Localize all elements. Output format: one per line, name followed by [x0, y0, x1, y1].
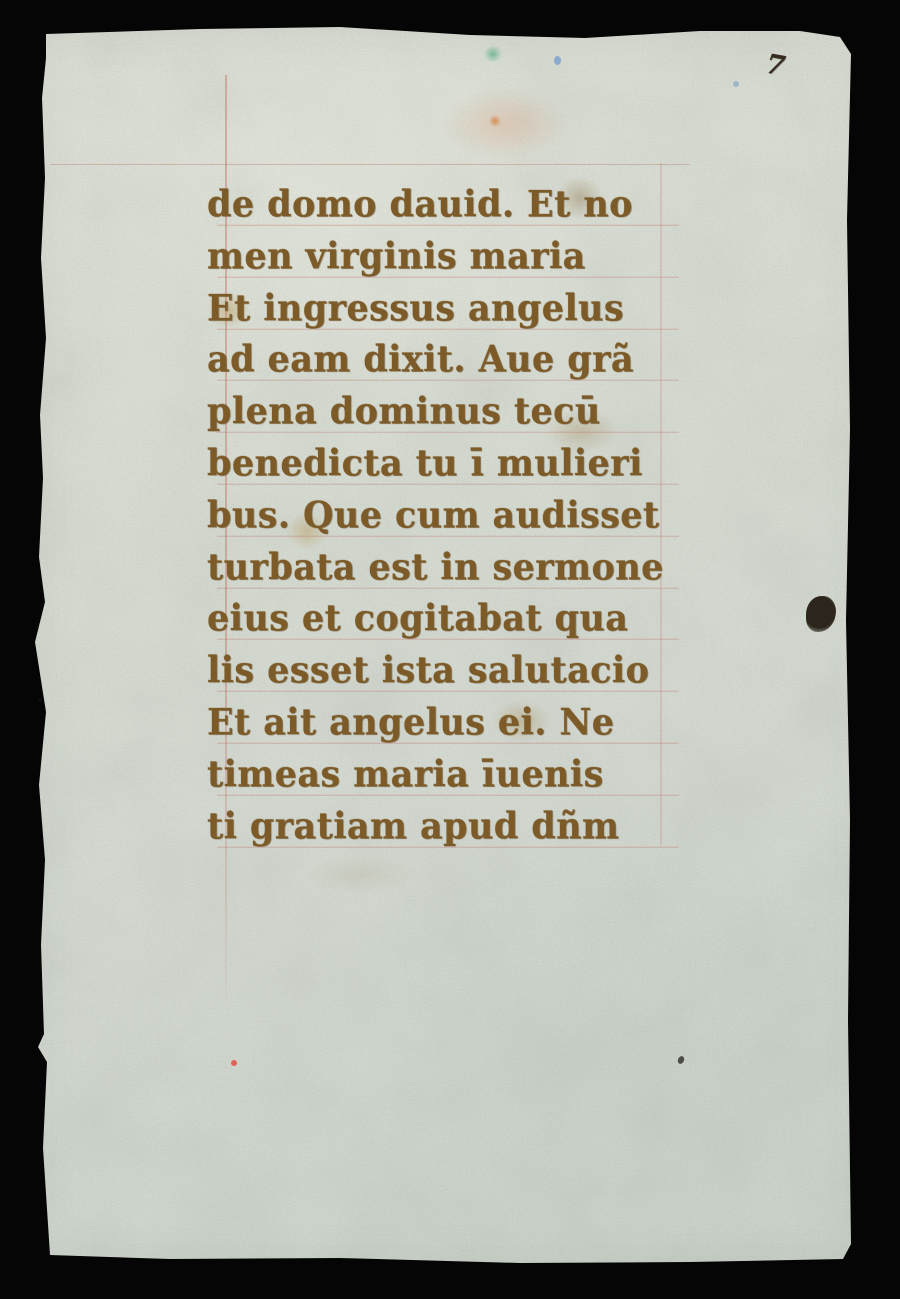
speck-blue: [554, 56, 561, 65]
manuscript-line: benedicta tu ī mulieri: [207, 438, 693, 492]
manuscript-line: timeas maria īuenis: [207, 749, 693, 803]
stain-smudge: [300, 855, 420, 895]
manuscript-line: turbata est in sermone: [207, 542, 693, 596]
stain-orange-dot: [489, 115, 501, 127]
speck-dark: [677, 1055, 686, 1065]
speck-red: [231, 1060, 237, 1066]
manuscript-line: Et ait angelus ei. Ne: [207, 697, 693, 751]
manuscript-line: plena dominus tecū: [207, 386, 693, 440]
manuscript-photo: 7 de domo dauid. Et nomen virginis maria…: [0, 0, 900, 1299]
folio-number: 7: [763, 49, 787, 83]
manuscript-line: ad eam dixit. Aue grã: [207, 334, 693, 388]
manuscript-line: Et ingressus angelus: [207, 283, 693, 337]
manuscript-line: eius et cogitabat qua: [207, 593, 693, 647]
stain-green: [484, 46, 502, 62]
manuscript-line: men virginis maria: [207, 231, 693, 285]
manuscript-line: bus. Que cum audisset: [207, 490, 693, 544]
stain-peach: [440, 88, 570, 160]
text-block: de domo dauid. Et nomen virginis mariaEt…: [207, 180, 693, 853]
manuscript-line: lis esset ista salutacio: [207, 645, 693, 699]
ruling-line-top: [50, 164, 690, 165]
manuscript-line: de domo dauid. Et no: [207, 179, 693, 233]
speck-blue: [733, 81, 739, 87]
ink-blot: [806, 596, 836, 632]
manuscript-leaf: 7 de domo dauid. Et nomen virginis maria…: [0, 0, 900, 1299]
manuscript-line: ti gratiam apud dñm: [207, 801, 693, 855]
